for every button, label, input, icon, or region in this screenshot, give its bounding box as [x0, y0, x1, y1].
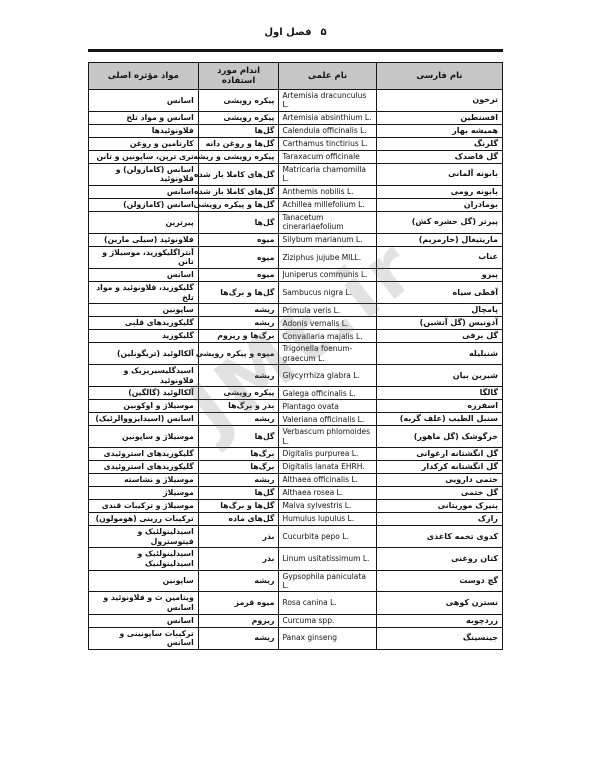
- column-header-compounds: مواد مؤثره اصلی: [89, 63, 199, 90]
- cell-compounds: گلیکوزیدهای استروئیدی: [89, 448, 199, 461]
- table-row: سنبل الطیب (علف گربه) Valeriana officina…: [89, 413, 503, 426]
- cell-scientific-name: Malva sylvestris L.: [279, 500, 376, 513]
- cell-organ: گل‌ها و برگ‌ها: [198, 500, 279, 513]
- cell-organ: گل‌ها: [198, 212, 279, 234]
- cell-persian-name: بومادران: [376, 199, 502, 212]
- cell-organ: گل‌ها: [198, 487, 279, 500]
- table-row: ترخون Artemisia dracunculus L. پیکره روی…: [89, 90, 503, 112]
- cell-organ: میوه: [198, 269, 279, 282]
- cell-organ: گل‌ها و روغن دانه: [198, 137, 279, 150]
- table-row: کتان روغنی Linum usitatissimum L. بذر اس…: [89, 548, 503, 570]
- cell-scientific-name: Taraxacum officinale: [279, 150, 376, 163]
- column-header-scientific-name: نام علمی: [279, 63, 376, 90]
- cell-persian-name: ترخون: [376, 90, 502, 112]
- table-row: همیشه بهار Calendula officinalis L. گل‌ه…: [89, 124, 503, 137]
- cell-compounds: ترکیبات ساپونینی و اسانس: [89, 627, 199, 649]
- cell-persian-name: آدونیس (گل آتشین): [376, 317, 502, 330]
- cell-scientific-name: Cucurbita pepo L.: [279, 526, 376, 548]
- cell-organ: برگ‌ها: [198, 448, 279, 461]
- table-row: شنبلیله Trigonella foenum-graecum L. میو…: [89, 343, 503, 365]
- cell-scientific-name: Verbascum phlomoides L.: [279, 426, 376, 448]
- cell-organ: گل‌ها و برگ‌ها: [198, 282, 279, 304]
- cell-organ: گل‌های ماده: [198, 513, 279, 526]
- table-row: گچ دوست Gypsophila paniculata L. ریشه سا…: [89, 570, 503, 592]
- cell-organ: بذر: [198, 526, 279, 548]
- cell-compounds: گلیکوزید: [89, 330, 199, 343]
- cell-organ: گل‌های کاملا باز شده: [198, 163, 279, 185]
- cell-compounds: اسانس و مواد تلخ: [89, 111, 199, 124]
- table-row: گالگا Galega officinalis L. پیکره رویشی …: [89, 387, 503, 400]
- cell-organ: بذر: [198, 548, 279, 570]
- table-row: گل انگشتانه کرکدار Digitalis lanata EHRH…: [89, 461, 503, 474]
- cell-scientific-name: Tanacetum cinerariaefolium: [279, 212, 376, 234]
- cell-scientific-name: Adonis vernalis L.: [279, 317, 376, 330]
- cell-persian-name: زردچوبه: [376, 614, 502, 627]
- cell-compounds: اسیدگلیسیریزیک و فلاونوئید: [89, 365, 199, 387]
- cell-compounds: اسانس: [89, 90, 199, 112]
- cell-scientific-name: Digitalis purpurea L.: [279, 448, 376, 461]
- table-row: ماریتیغال (خارمریم) Silybum marianum L. …: [89, 233, 503, 246]
- cell-persian-name: گل انگشتانه ارغوانی: [376, 448, 502, 461]
- cell-compounds: موسیلاژ و ترکیبات قندی: [89, 500, 199, 513]
- cell-organ: ریشه: [198, 304, 279, 317]
- cell-persian-name: پیرتر (گل حشره کش): [376, 212, 502, 234]
- cell-organ: ریشه: [198, 627, 279, 649]
- cell-compounds: اسانس (کامازولن): [89, 199, 199, 212]
- cell-scientific-name: Rosa canina L.: [279, 592, 376, 614]
- cell-persian-name: گل ختمی: [376, 487, 502, 500]
- cell-organ: ریشه: [198, 474, 279, 487]
- column-header-organ: اندام مورد استفاده: [198, 63, 279, 90]
- cell-organ: برگ‌ها: [198, 461, 279, 474]
- table-row: پیرو Juniperus communis L. میوه اسانس: [89, 269, 503, 282]
- table-row: خرگوشک (گل ماهور) Verbascum phlomoides L…: [89, 426, 503, 448]
- cell-scientific-name: Matricaria chamomilla L.: [279, 163, 376, 185]
- cell-compounds: آلکالوئید (تریگونلین): [89, 343, 199, 365]
- cell-organ: میوه قرمز: [198, 592, 279, 614]
- cell-compounds: اسانس: [89, 186, 199, 199]
- cell-scientific-name: Anthemis nobilis L.: [279, 186, 376, 199]
- table-row: پامچال Primula veris L. ریشه ساپونین: [89, 304, 503, 317]
- table-row: گل انگشتانه ارغوانی Digitalis purpurea L…: [89, 448, 503, 461]
- cell-scientific-name: Calendula officinalis L.: [279, 124, 376, 137]
- cell-scientific-name: Panax ginseng: [279, 627, 376, 649]
- medicinal-plants-table: نام فارسی نام علمی اندام مورد استفاده مو…: [88, 62, 503, 650]
- cell-persian-name: پامچال: [376, 304, 502, 317]
- table-header-row: نام فارسی نام علمی اندام مورد استفاده مو…: [89, 63, 503, 90]
- cell-compounds: اسیدلینولئیک و اسیدلینولنیک: [89, 548, 199, 570]
- cell-scientific-name: Artemisia dracunculus L.: [279, 90, 376, 112]
- table-row: نسترن کوهی Rosa canina L. میوه قرمز ویتا…: [89, 592, 503, 614]
- cell-persian-name: گچ دوست: [376, 570, 502, 592]
- table-row: رازک Humulus lupulus L. گل‌های ماده ترکی…: [89, 513, 503, 526]
- cell-scientific-name: Achillea millefolium L.: [279, 199, 376, 212]
- cell-compounds: ترکیبات رزینی (هومولون): [89, 513, 199, 526]
- cell-compounds: ویتامین ث و فلاونوئید و اسانس: [89, 592, 199, 614]
- table-row: گل برفی Convallaria majalis L. برگ‌ها و …: [89, 330, 503, 343]
- table-row: افسنطین Artemisia absinthium L. پیکره رو…: [89, 111, 503, 124]
- cell-persian-name: ختمی دارویی: [376, 474, 502, 487]
- cell-persian-name: گلرنگ: [376, 137, 502, 150]
- cell-compounds: آنتراگلیکوزید، موسیلاژ و تانن: [89, 246, 199, 268]
- cell-scientific-name: Valeriana officinalis L.: [279, 413, 376, 426]
- cell-organ: پیکره رویشی و ریشه: [198, 150, 279, 163]
- cell-compounds: گلیکوزید، فلاونوئید و مواد تلخ: [89, 282, 199, 304]
- cell-organ: گل‌های کاملا باز شده: [198, 186, 279, 199]
- cell-persian-name: بابونه آلمانی: [376, 163, 502, 185]
- cell-persian-name: پیرو: [376, 269, 502, 282]
- table-row: ختمی دارویی Althaea officinalis L. ریشه …: [89, 474, 503, 487]
- cell-scientific-name: Ziziphus jujube MILL.: [279, 246, 376, 268]
- cell-persian-name: سنبل الطیب (علف گربه): [376, 413, 502, 426]
- cell-compounds: ساپونین: [89, 570, 199, 592]
- cell-compounds: موسیلاژ: [89, 487, 199, 500]
- cell-persian-name: شیرین بیان: [376, 365, 502, 387]
- cell-compounds: اسانس (اسیدایزووالرئیک): [89, 413, 199, 426]
- cell-scientific-name: Juniperus communis L.: [279, 269, 376, 282]
- cell-persian-name: همیشه بهار: [376, 124, 502, 137]
- cell-scientific-name: Humulus lupulus L.: [279, 513, 376, 526]
- cell-organ: گل‌ها و پیکره رویشی: [198, 199, 279, 212]
- cell-compounds: ساپونین: [89, 304, 199, 317]
- cell-compounds: پیرترین: [89, 212, 199, 234]
- table-row: پنیرک موریتانی Malva sylvestris L. گل‌ها…: [89, 500, 503, 513]
- table-row: اسفرزه Plantago ovata بذر و برگ‌ها موسیل…: [89, 400, 503, 413]
- cell-scientific-name: Althaea officinalis L.: [279, 474, 376, 487]
- cell-scientific-name: Silybum marianum L.: [279, 233, 376, 246]
- cell-organ: گل‌ها: [198, 124, 279, 137]
- cell-persian-name: پنیرک موریتانی: [376, 500, 502, 513]
- cell-persian-name: نسترن کوهی: [376, 592, 502, 614]
- header-divider: [88, 49, 503, 52]
- scanned-book-page: ۵ فصل اول نام فارسی نام علمی اندام مورد …: [0, 0, 593, 768]
- cell-persian-name: بابونه رومی: [376, 186, 502, 199]
- cell-organ: پیکره رویشی: [198, 90, 279, 112]
- cell-persian-name: خرگوشک (گل ماهور): [376, 426, 502, 448]
- table-row: کدوی تخمه کاغذی Cucurbita pepo L. بذر اس…: [89, 526, 503, 548]
- table-row: بابونه آلمانی Matricaria chamomilla L. گ…: [89, 163, 503, 185]
- cell-persian-name: شنبلیله: [376, 343, 502, 365]
- cell-compounds: موسیلاژ و نشاسته: [89, 474, 199, 487]
- cell-compounds: فلاونوئید (سیلی مارین): [89, 233, 199, 246]
- cell-persian-name: آقطی سیاه: [376, 282, 502, 304]
- cell-scientific-name: Althaea rosea L.: [279, 487, 376, 500]
- table-row: پیرتر (گل حشره کش) Tanacetum cinerariaef…: [89, 212, 503, 234]
- column-header-persian-name: نام فارسی: [376, 63, 502, 90]
- cell-scientific-name: Curcuma spp.: [279, 614, 376, 627]
- cell-persian-name: جینسینگ: [376, 627, 502, 649]
- cell-scientific-name: Galega officinalis L.: [279, 387, 376, 400]
- cell-scientific-name: Primula veris L.: [279, 304, 376, 317]
- table-row: زردچوبه Curcuma spp. ریزوم اسانس: [89, 614, 503, 627]
- cell-persian-name: گل قاصدک: [376, 150, 502, 163]
- cell-scientific-name: Gypsophila paniculata L.: [279, 570, 376, 592]
- cell-persian-name: گل برفی: [376, 330, 502, 343]
- cell-scientific-name: Plantago ovata: [279, 400, 376, 413]
- cell-scientific-name: Sambucus nigra L.: [279, 282, 376, 304]
- cell-compounds: کارتامین و روغن: [89, 137, 199, 150]
- table-row: گلرنگ Carthamus tinctirius L. گل‌ها و رو…: [89, 137, 503, 150]
- page-number: ۵: [321, 27, 327, 38]
- cell-compounds: موسیلاژ و ساپونین: [89, 426, 199, 448]
- cell-persian-name: کتان روغنی: [376, 548, 502, 570]
- cell-compounds: اسیدلینولئیک و فیتوسترول: [89, 526, 199, 548]
- cell-persian-name: گالگا: [376, 387, 502, 400]
- cell-persian-name: گل انگشتانه کرکدار: [376, 461, 502, 474]
- cell-compounds: تری ترپن، ساپونین و تانن: [89, 150, 199, 163]
- cell-organ: بذر و برگ‌ها: [198, 400, 279, 413]
- cell-compounds: اسانس (کامازولن) و فلاونوئید: [89, 163, 199, 185]
- cell-scientific-name: Trigonella foenum-graecum L.: [279, 343, 376, 365]
- cell-organ: پیکره رویشی: [198, 111, 279, 124]
- cell-organ: میوه: [198, 246, 279, 268]
- cell-organ: ریشه: [198, 413, 279, 426]
- page-header: ۵ فصل اول: [89, 27, 502, 38]
- cell-scientific-name: Convallaria majalis L.: [279, 330, 376, 343]
- table-row: آدونیس (گل آتشین) Adonis vernalis L. ریش…: [89, 317, 503, 330]
- cell-compounds: گلیکوزیدهای استروئیدی: [89, 461, 199, 474]
- cell-scientific-name: Digitalis lanata EHRH.: [279, 461, 376, 474]
- cell-scientific-name: Glycyrrhiza glabra L.: [279, 365, 376, 387]
- cell-persian-name: اسفرزه: [376, 400, 502, 413]
- cell-organ: میوه: [198, 233, 279, 246]
- cell-compounds: گلیکوزیدهای قلبی: [89, 317, 199, 330]
- table-row: بومادران Achillea millefolium L. گل‌ها و…: [89, 199, 503, 212]
- table-body: ترخون Artemisia dracunculus L. پیکره روی…: [89, 90, 503, 650]
- cell-organ: پیکره رویشی: [198, 387, 279, 400]
- cell-persian-name: عناب: [376, 246, 502, 268]
- cell-scientific-name: Artemisia absinthium L.: [279, 111, 376, 124]
- table-row: گل ختمی Althaea rosea L. گل‌ها موسیلاژ: [89, 487, 503, 500]
- cell-compounds: موسیلاژ و اوکوبین: [89, 400, 199, 413]
- cell-compounds: اسانس: [89, 614, 199, 627]
- table-row: جینسینگ Panax ginseng ریشه ترکیبات ساپون…: [89, 627, 503, 649]
- cell-organ: گل‌ها: [198, 426, 279, 448]
- cell-compounds: آلکالوئید (گالگین): [89, 387, 199, 400]
- table-row: گل قاصدک Taraxacum officinale پیکره رویش…: [89, 150, 503, 163]
- cell-persian-name: کدوی تخمه کاغذی: [376, 526, 502, 548]
- cell-organ: ریشه: [198, 365, 279, 387]
- chapter-title: فصل اول: [264, 27, 311, 38]
- table-row: شیرین بیان Glycyrrhiza glabra L. ریشه اس…: [89, 365, 503, 387]
- cell-organ: میوه و پیکره رویشی: [198, 343, 279, 365]
- table-row: عناب Ziziphus jujube MILL. میوه آنتراگلی…: [89, 246, 503, 268]
- cell-organ: ریزوم: [198, 614, 279, 627]
- cell-organ: ریشه: [198, 317, 279, 330]
- cell-organ: ریشه: [198, 570, 279, 592]
- cell-organ: برگ‌ها و ریزوم: [198, 330, 279, 343]
- table-row: آقطی سیاه Sambucus nigra L. گل‌ها و برگ‌…: [89, 282, 503, 304]
- cell-compounds: فلاونوئیدها: [89, 124, 199, 137]
- cell-persian-name: افسنطین: [376, 111, 502, 124]
- table-row: بابونه رومی Anthemis nobilis L. گل‌های ک…: [89, 186, 503, 199]
- cell-compounds: اسانس: [89, 269, 199, 282]
- cell-persian-name: ماریتیغال (خارمریم): [376, 233, 502, 246]
- cell-persian-name: رازک: [376, 513, 502, 526]
- cell-scientific-name: Linum usitatissimum L.: [279, 548, 376, 570]
- cell-scientific-name: Carthamus tinctirius L.: [279, 137, 376, 150]
